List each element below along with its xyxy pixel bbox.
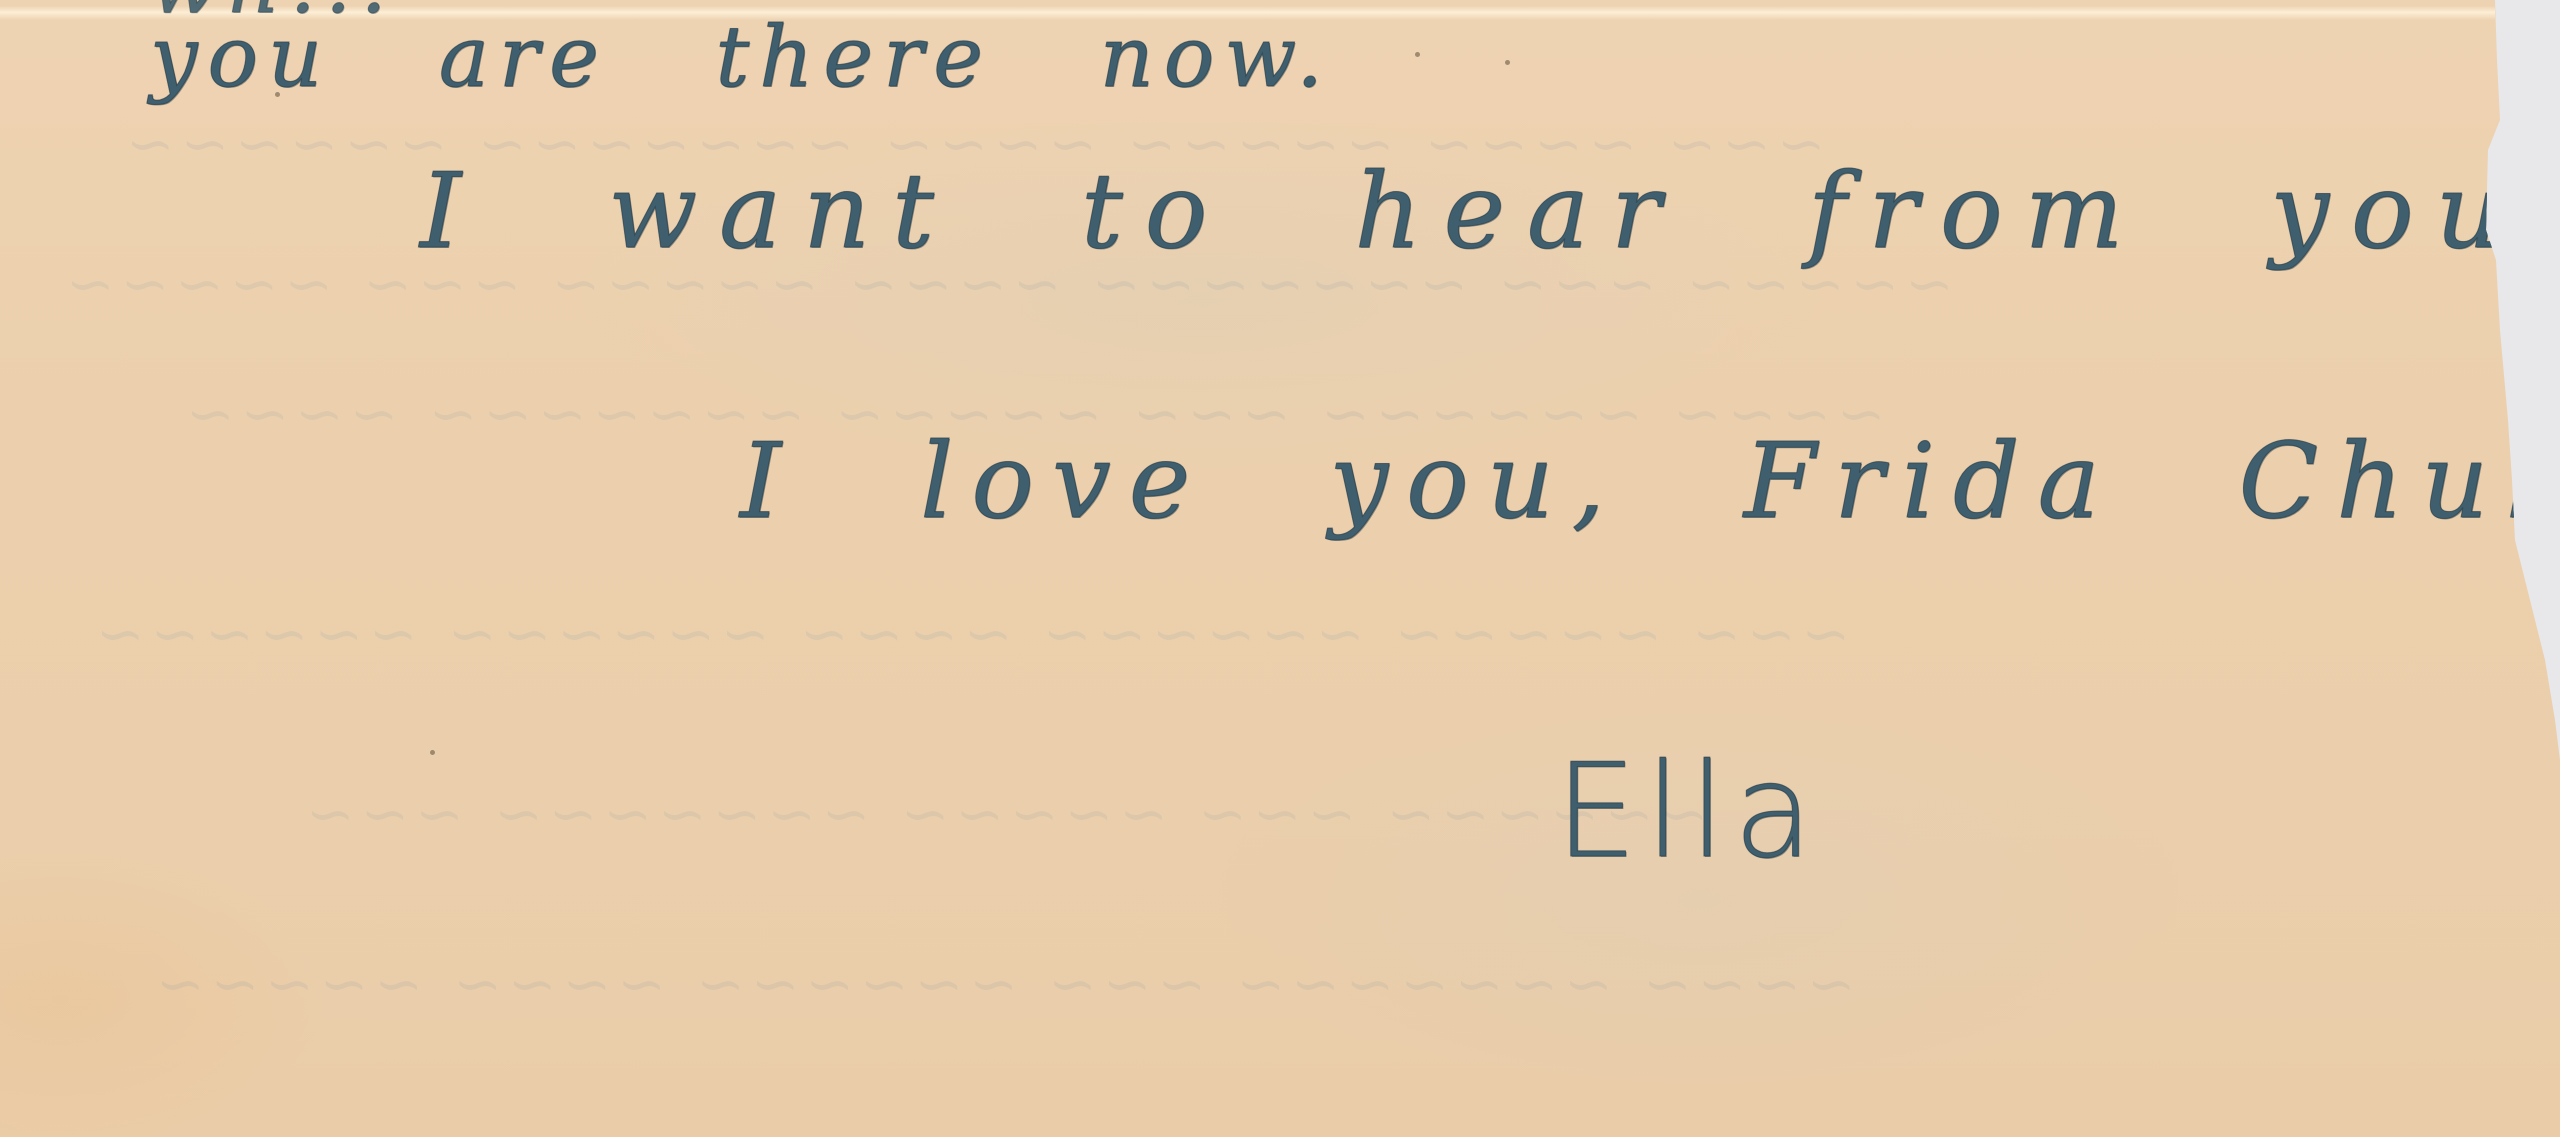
handwritten-word: hear	[1354, 150, 1682, 272]
handwritten-word: you.	[2270, 150, 2560, 272]
paper-speck	[1415, 52, 1420, 57]
paper-speck	[430, 750, 435, 755]
bleed-through-text: ~~~~~~ ~~~ ~~~~~ ~~~~~~~ ~~~	[300, 780, 1708, 848]
handwritten-word: I	[420, 150, 483, 272]
torn-paper-sheet: ~~~ ~~~~ ~~~~~ ~~~~ ~~~~~~~ ~~~~~~ ~~~~~…	[0, 0, 2560, 1137]
signature: Ella	[1555, 735, 1821, 887]
scanned-letter-stage: ~~~ ~~~~ ~~~~~ ~~~~ ~~~~~~~ ~~~~~~ ~~~~~…	[0, 0, 2560, 1137]
handwritten-word: want	[608, 150, 956, 272]
handwritten-word: are	[439, 8, 609, 106]
handwritten-word: there	[716, 8, 993, 106]
handwritten-word: now.	[1100, 8, 1333, 106]
handwritten-word: Chula	[2239, 420, 2560, 542]
handwritten-word: you,	[1329, 420, 1622, 542]
paper-speck	[275, 92, 280, 97]
bleed-through-text: ~~~ ~~~~~ ~~~~~~ ~~~~ ~~~~~~ ~~~~~~	[90, 600, 1850, 668]
handwritten-word: you	[150, 8, 332, 106]
handwritten-word: Frida	[1744, 420, 2118, 542]
handwritten-word: from	[1808, 150, 2145, 272]
handwritten-word: love	[920, 420, 1208, 542]
handwritten-line-3: I love you, Frida Chula	[740, 420, 2560, 542]
handwritten-line-1: you are there now.	[150, 8, 1333, 106]
handwritten-line-2: I want to hear from you.	[420, 150, 2560, 272]
handwritten-word: I	[740, 420, 799, 542]
bleed-through-text: ~~~~ ~~~~~~~ ~~~ ~~~~~~ ~~~~ ~~~~~	[150, 950, 1856, 1018]
handwritten-word: to	[1081, 150, 1229, 272]
paper-speck	[1505, 60, 1510, 65]
